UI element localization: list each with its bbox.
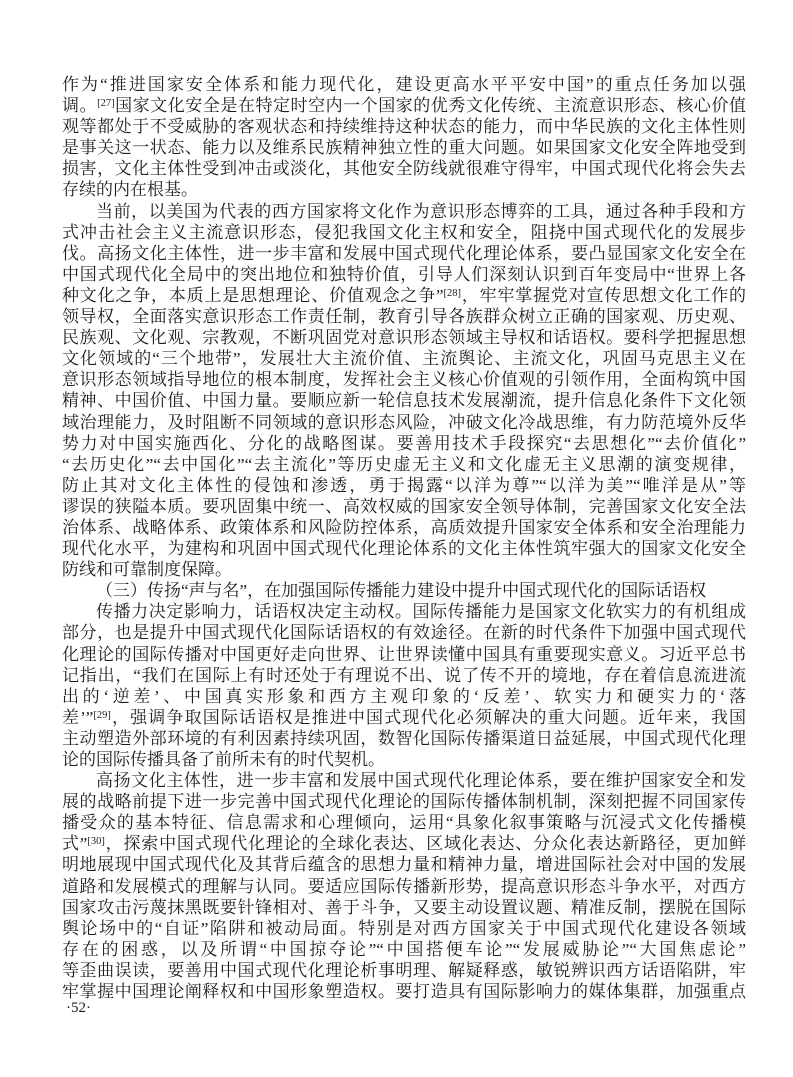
text-run: ，牢牢掌握党对宣传思想文化工作的 xyxy=(461,286,746,305)
document-page: 作为“推进国家安全体系和能力现代化，建设更高水平平安中国”的重点任务加以强调。[… xyxy=(0,0,793,1077)
text-run: 播受众的基本特征、信息需求和心理倾向，运用“具象化叙事策略与沉浸式文化传播模 xyxy=(62,813,746,832)
text-run: 论的国际传播具备了前所未有的时代契机。 xyxy=(62,750,385,769)
text-run: ，探索中国式现代化理论的全球化表达、区域化表达、分众化表达新路径，更加鲜 xyxy=(105,834,746,853)
text-run: 损害，文化主体性受到冲击或淡化，其他安全防线就很难守得牢，中国式现代化将会失去 xyxy=(62,159,746,178)
text-run: 当前，以美国为代表的西方国家将文化作为意识形态博弈的工具，通过各种手段和方 xyxy=(96,202,746,221)
text-run: 国家文化安全是在特定时空内一个国家的优秀文化传统、主流意识形态、核心价值 xyxy=(115,96,746,115)
text-line: 文化领域的“三个地带”，发展壮大主流价值、主流舆论、主流文化，巩固马克思主义在 xyxy=(62,348,746,369)
text-line: 式冲击社会主义主流意识形态，侵犯我国文化主权和安全，阻挠中国式现代化的发展步 xyxy=(62,222,746,243)
text-run: 是事关这一状态、能力以及维系民族精神独立性的重大问题。如果国家文化安全阵地受到 xyxy=(62,138,746,157)
text-line: 损害，文化主体性受到冲击或淡化，其他安全防线就很难守得牢，中国式现代化将会失去 xyxy=(62,158,746,179)
text-run: （三）传扬“声与名”，在加强国际传播能力建设中提升中国式现代化的国际话语权 xyxy=(96,581,706,600)
text-run: 化理论的国际传播对中国更好走向世界、让世界读懂中国具有重要现实意义。习近平总书 xyxy=(62,645,746,664)
text-line: 现代化水平，为建构和巩固中国式现代化理论体系的文化主体性筑牢强大的国家文化安全 xyxy=(62,538,746,559)
text-line: 播受众的基本特征、信息需求和心理倾向，运用“具象化叙事策略与沉浸式文化传播模 xyxy=(62,812,746,833)
text-run: 调。 xyxy=(62,96,97,115)
footnote-ref: [28] xyxy=(444,288,462,299)
text-run: 防止其对文化主体性的侵蚀和渗透，勇于揭露“以洋为尊”“以洋为美”“唯洋是从”等 xyxy=(62,476,746,495)
footnote-ref: [27] xyxy=(97,98,115,109)
text-run: 伐。高扬文化主体性，进一步丰富和发展中国式现代化理论体系，要凸显国家文化安全在 xyxy=(62,244,746,263)
text-line: 民族观、文化观、宗教观，不断巩固党对意识形态领域主导权和话语权。要科学把握思想 xyxy=(62,327,746,348)
text-line: 势力对中国实施西化、分化的战略图谋。要善用技术手段探究“去思想化”“去价值化” xyxy=(62,433,746,454)
text-line: 差’”[29]，强调争取国际话语权是推进中国式现代化必须解决的重大问题。近年来，… xyxy=(62,707,746,728)
footnote-ref: [30] xyxy=(87,836,105,847)
text-line: 意识形态领域指导地位的根本制度，发挥社会主义核心价值观的引领作用，全面构筑中国 xyxy=(62,369,746,390)
text-line: 种文化之争，本质上是思想理论、价值观念之争”[28]，牢牢掌握党对宣传思想文化工… xyxy=(62,285,746,306)
text-line: 防线和可靠制度保障。 xyxy=(62,559,746,580)
text-line: 等歪曲误读，要善用中国式现代化理论析事明理、解疑释惑，敏锐辨识西方话语陷阱，牢 xyxy=(62,960,746,981)
text-block: 作为“推进国家安全体系和能力现代化，建设更高水平平安中国”的重点任务加以强调。[… xyxy=(62,74,746,1002)
text-run: 高扬文化主体性，进一步丰富和发展中国式现代化理论体系，要在维护国家安全和发 xyxy=(96,771,746,790)
text-line: 出的‘逆差’、中国真实形象和西方主观印象的‘反差’、软实力和硬实力的‘落 xyxy=(62,686,746,707)
text-line: 当前，以美国为代表的西方国家将文化作为意识形态博弈的工具，通过各种手段和方 xyxy=(62,201,746,222)
text-line: 部分，也是提升中国式现代化国际话语权的有效途径。在新的时代条件下加强中国式现代 xyxy=(62,622,746,643)
text-run: 防线和可靠制度保障。 xyxy=(62,560,232,579)
text-run: “去历史化”“去中国化”“去主流化”等历史虚无主义和文化虚无主义思潮的演变规律， xyxy=(62,455,746,474)
text-run: 牢掌握中国理论阐释权和中国形象塑造权。要打造具有国际影响力的媒体集群，加强重点 xyxy=(62,982,746,1001)
text-line: 式”[30]，探索中国式现代化理论的全球化表达、区域化表达、分众化表达新路径，更… xyxy=(62,833,746,854)
text-line: 观等都处于不受威胁的客观状态和持续维持这种状态的能力，而中华民族的文化主体性则 xyxy=(62,116,746,137)
text-line: 存续的内在根基。 xyxy=(62,179,746,200)
text-line: 国家攻击污蔑抹黑既要针锋相对、善于斗争，又要主动设置议题、精准反制，摆脱在国际 xyxy=(62,897,746,918)
text-run: 舆论场中的“自证”陷阱和被动局面。特别是对西方国家关于中国式现代化建设各领域 xyxy=(62,919,746,938)
text-run: 观等都处于不受威胁的客观状态和持续维持这种状态的能力，而中华民族的文化主体性则 xyxy=(62,117,746,136)
text-line: 论的国际传播具备了前所未有的时代契机。 xyxy=(62,749,746,770)
text-run: 作为“推进国家安全体系和能力现代化，建设更高水平平安中国”的重点任务加以强 xyxy=(62,75,746,94)
text-run: 治体系、战略体系、政策体系和风险防控体系，高质效提升国家安全体系和安全治理能力 xyxy=(62,518,746,537)
text-run: 民族观、文化观、宗教观，不断巩固党对意识形态领域主导权和话语权。要科学把握思想 xyxy=(62,328,746,347)
text-line: （三）传扬“声与名”，在加强国际传播能力建设中提升中国式现代化的国际话语权 xyxy=(62,580,746,601)
text-run: 明地展现中国式现代化及其背后蕴含的思想力量和精神力量，增进国际社会对中国的发展 xyxy=(62,855,746,874)
text-line: 精神、中国价值、中国力量。要顺应新一轮信息技术发展潮流，提升信息化条件下文化领 xyxy=(62,390,746,411)
text-run: 谬误的狭隘本质。要巩固集中统一、高效权威的国家安全领导体制，完善国家文化安全法 xyxy=(62,497,746,516)
text-line: 展的战略前提下进一步完善中国式现代化理论的国际传播体制机制，深刻把握不同国家传 xyxy=(62,791,746,812)
text-run: 域治理能力，及时阻断不同领域的意识形态风险，冲破文化冷战思维，有力防范境外反华 xyxy=(62,413,746,432)
text-run: 等歪曲误读，要善用中国式现代化理论析事明理、解疑释惑，敏锐辨识西方话语陷阱，牢 xyxy=(62,961,746,980)
text-run: 种文化之争，本质上是思想理论、价值观念之争” xyxy=(62,286,444,305)
text-line: 舆论场中的“自证”陷阱和被动局面。特别是对西方国家关于中国式现代化建设各领域 xyxy=(62,918,746,939)
footnote-ref: [29] xyxy=(93,710,111,721)
page-number: ·52· xyxy=(66,1000,91,1017)
text-run: 式冲击社会主义主流意识形态，侵犯我国文化主权和安全，阻挠中国式现代化的发展步 xyxy=(62,223,746,242)
text-line: 作为“推进国家安全体系和能力现代化，建设更高水平平安中国”的重点任务加以强 xyxy=(62,74,746,95)
text-run: 精神、中国价值、中国力量。要顺应新一轮信息技术发展潮流，提升信息化条件下文化领 xyxy=(62,391,746,410)
text-line: 治体系、战略体系、政策体系和风险防控体系，高质效提升国家安全体系和安全治理能力 xyxy=(62,517,746,538)
text-line: 传播力决定影响力，话语权决定主动权。国际传播能力是国家文化软实力的有机组成 xyxy=(62,601,746,622)
text-run: 文化领域的“三个地带”，发展壮大主流价值、主流舆论、主流文化，巩固马克思主义在 xyxy=(62,349,746,368)
text-line: 领导权，全面落实意识形态工作责任制，教育引导各族群众树立正确的国家观、历史观、 xyxy=(62,306,746,327)
text-run: 存在的困惑，以及所谓“中国掠夺论”“中国搭便车论”“发展威胁论”“大国焦虑论” xyxy=(62,940,746,959)
text-line: 道路和发展模式的理解与认同。要适应国际传播新形势，提高意识形态斗争水平，对西方 xyxy=(62,876,746,897)
text-run: 国家攻击污蔑抹黑既要针锋相对、善于斗争，又要主动设置议题、精准反制，摆脱在国际 xyxy=(62,898,746,917)
text-run: 领导权，全面落实意识形态工作责任制，教育引导各族群众树立正确的国家观、历史观、 xyxy=(62,307,746,326)
text-line: 存在的困惑，以及所谓“中国掠夺论”“中国搭便车论”“发展威胁论”“大国焦虑论” xyxy=(62,939,746,960)
text-run: 势力对中国实施西化、分化的战略图谋。要善用技术手段探究“去思想化”“去价值化” xyxy=(62,434,746,453)
text-line: 记指出，“我们在国际上有时还处于有理说不出、说了传不开的境地，存在着信息流进流 xyxy=(62,665,746,686)
text-line: 高扬文化主体性，进一步丰富和发展中国式现代化理论体系，要在维护国家安全和发 xyxy=(62,770,746,791)
text-line: 牢掌握中国理论阐释权和中国形象塑造权。要打造具有国际影响力的媒体集群，加强重点 xyxy=(62,981,746,1002)
text-line: 是事关这一状态、能力以及维系民族精神独立性的重大问题。如果国家文化安全阵地受到 xyxy=(62,137,746,158)
text-run: 出的‘逆差’、中国真实形象和西方主观印象的‘反差’、软实力和硬实力的‘落 xyxy=(62,687,746,706)
text-run: 差’” xyxy=(62,708,93,727)
text-run: 展的战略前提下进一步完善中国式现代化理论的国际传播体制机制，深刻把握不同国家传 xyxy=(62,792,746,811)
text-run: 存续的内在根基。 xyxy=(62,180,198,199)
text-line: 防止其对文化主体性的侵蚀和渗透，勇于揭露“以洋为尊”“以洋为美”“唯洋是从”等 xyxy=(62,475,746,496)
text-line: 主动塑造外部环境的有利因素持续巩固，数智化国际传播渠道日益延展，中国式现代化理 xyxy=(62,728,746,749)
text-line: 明地展现中国式现代化及其背后蕴含的思想力量和精神力量，增进国际社会对中国的发展 xyxy=(62,854,746,875)
text-run: 现代化水平，为建构和巩固中国式现代化理论体系的文化主体性筑牢强大的国家文化安全 xyxy=(62,539,746,558)
text-run: 意识形态领域指导地位的根本制度，发挥社会主义核心价值观的引领作用，全面构筑中国 xyxy=(62,370,746,389)
text-run: ，强调争取国际话语权是推进中国式现代化必须解决的重大问题。近年来，我国 xyxy=(111,708,746,727)
text-run: 部分，也是提升中国式现代化国际话语权的有效途径。在新的时代条件下加强中国式现代 xyxy=(62,623,746,642)
text-line: 域治理能力，及时阻断不同领域的意识形态风险，冲破文化冷战思维，有力防范境外反华 xyxy=(62,412,746,433)
text-run: 传播力决定影响力，话语权决定主动权。国际传播能力是国家文化软实力的有机组成 xyxy=(96,602,746,621)
text-line: 化理论的国际传播对中国更好走向世界、让世界读懂中国具有重要现实意义。习近平总书 xyxy=(62,644,746,665)
text-run: 记指出，“我们在国际上有时还处于有理说不出、说了传不开的境地，存在着信息流进流 xyxy=(62,666,746,685)
text-run: 主动塑造外部环境的有利因素持续巩固，数智化国际传播渠道日益延展，中国式现代化理 xyxy=(62,729,746,748)
text-line: 伐。高扬文化主体性，进一步丰富和发展中国式现代化理论体系，要凸显国家文化安全在 xyxy=(62,243,746,264)
text-line: “去历史化”“去中国化”“去主流化”等历史虚无主义和文化虚无主义思潮的演变规律， xyxy=(62,454,746,475)
text-line: 调。[27]国家文化安全是在特定时空内一个国家的优秀文化传统、主流意识形态、核心… xyxy=(62,95,746,116)
text-line: 中国式现代化全局中的突出地位和独特价值，引导人们深刻认识到百年变局中“世界上各 xyxy=(62,264,746,285)
text-run: 中国式现代化全局中的突出地位和独特价值，引导人们深刻认识到百年变局中“世界上各 xyxy=(62,265,746,284)
text-run: 道路和发展模式的理解与认同。要适应国际传播新形势，提高意识形态斗争水平，对西方 xyxy=(62,877,746,896)
text-run: 式” xyxy=(62,834,87,853)
text-line: 谬误的狭隘本质。要巩固集中统一、高效权威的国家安全领导体制，完善国家文化安全法 xyxy=(62,496,746,517)
